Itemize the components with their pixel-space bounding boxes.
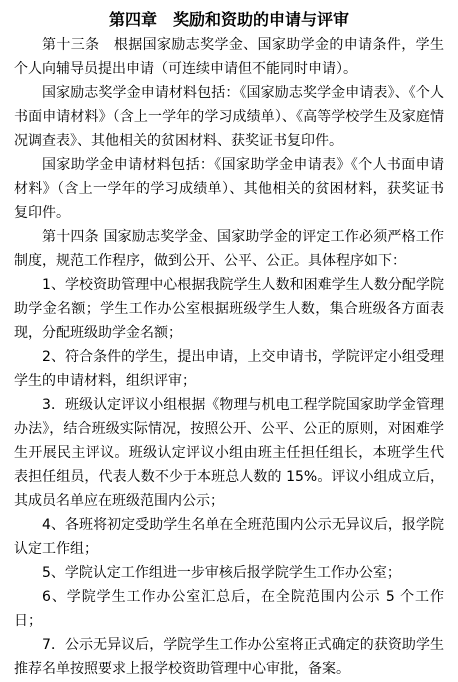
- paragraph: 1、学校资助管理中心根据我院学生人数和困难学生人数分配学院助学金名额；学生工作办…: [14, 273, 444, 345]
- paragraph: 第十三条 根据国家励志奖学金、国家助学金的申请条件，学生个人向辅导员提出申请（可…: [14, 33, 444, 81]
- chapter-title: 第四章 奖励和资助的申请与评审: [14, 8, 444, 32]
- paragraph: 6、学院学生工作办公室汇总后，在全院范围内公示 5 个工作日；: [14, 585, 444, 633]
- paragraph: 4、各班将初定受助学生名单在全班范围内公示无异议后，报学院认定工作组；: [14, 513, 444, 561]
- paragraph: 7．公示无异议后，学院学生工作办公室将正式确定的获资助学生推荐名单按照要求上报学…: [14, 633, 444, 681]
- paragraph: 3．班级认定评议小组根据《物理与机电工程学院国家助学金管理办法》，结合班级实际情…: [14, 393, 444, 513]
- paragraph: 2、符合条件的学生，提出申请，上交申请书，学院评定小组受理学生的申请材料，组织评…: [14, 345, 444, 393]
- paragraph: 5、学院认定工作组进一步审核后报学院学生工作办公室；: [14, 561, 444, 585]
- document-body: 第十三条 根据国家励志奖学金、国家助学金的申请条件，学生个人向辅导员提出申请（可…: [14, 33, 444, 681]
- paragraph: 国家励志奖学金申请材料包括：《国家励志奖学金申请表》、《个人书面申请材料》（含上…: [14, 81, 444, 153]
- paragraph: 国家助学金申请材料包括：《国家助学金申请表》《个人书面申请材料》（含上一学年的学…: [14, 153, 444, 225]
- paragraph: 第十四条 国家励志奖学金、国家助学金的评定工作必须严格工作制度，规范工作程序，做…: [14, 225, 444, 273]
- document-page: 第四章 奖励和资助的申请与评审 第十三条 根据国家励志奖学金、国家助学金的申请条…: [0, 0, 458, 682]
